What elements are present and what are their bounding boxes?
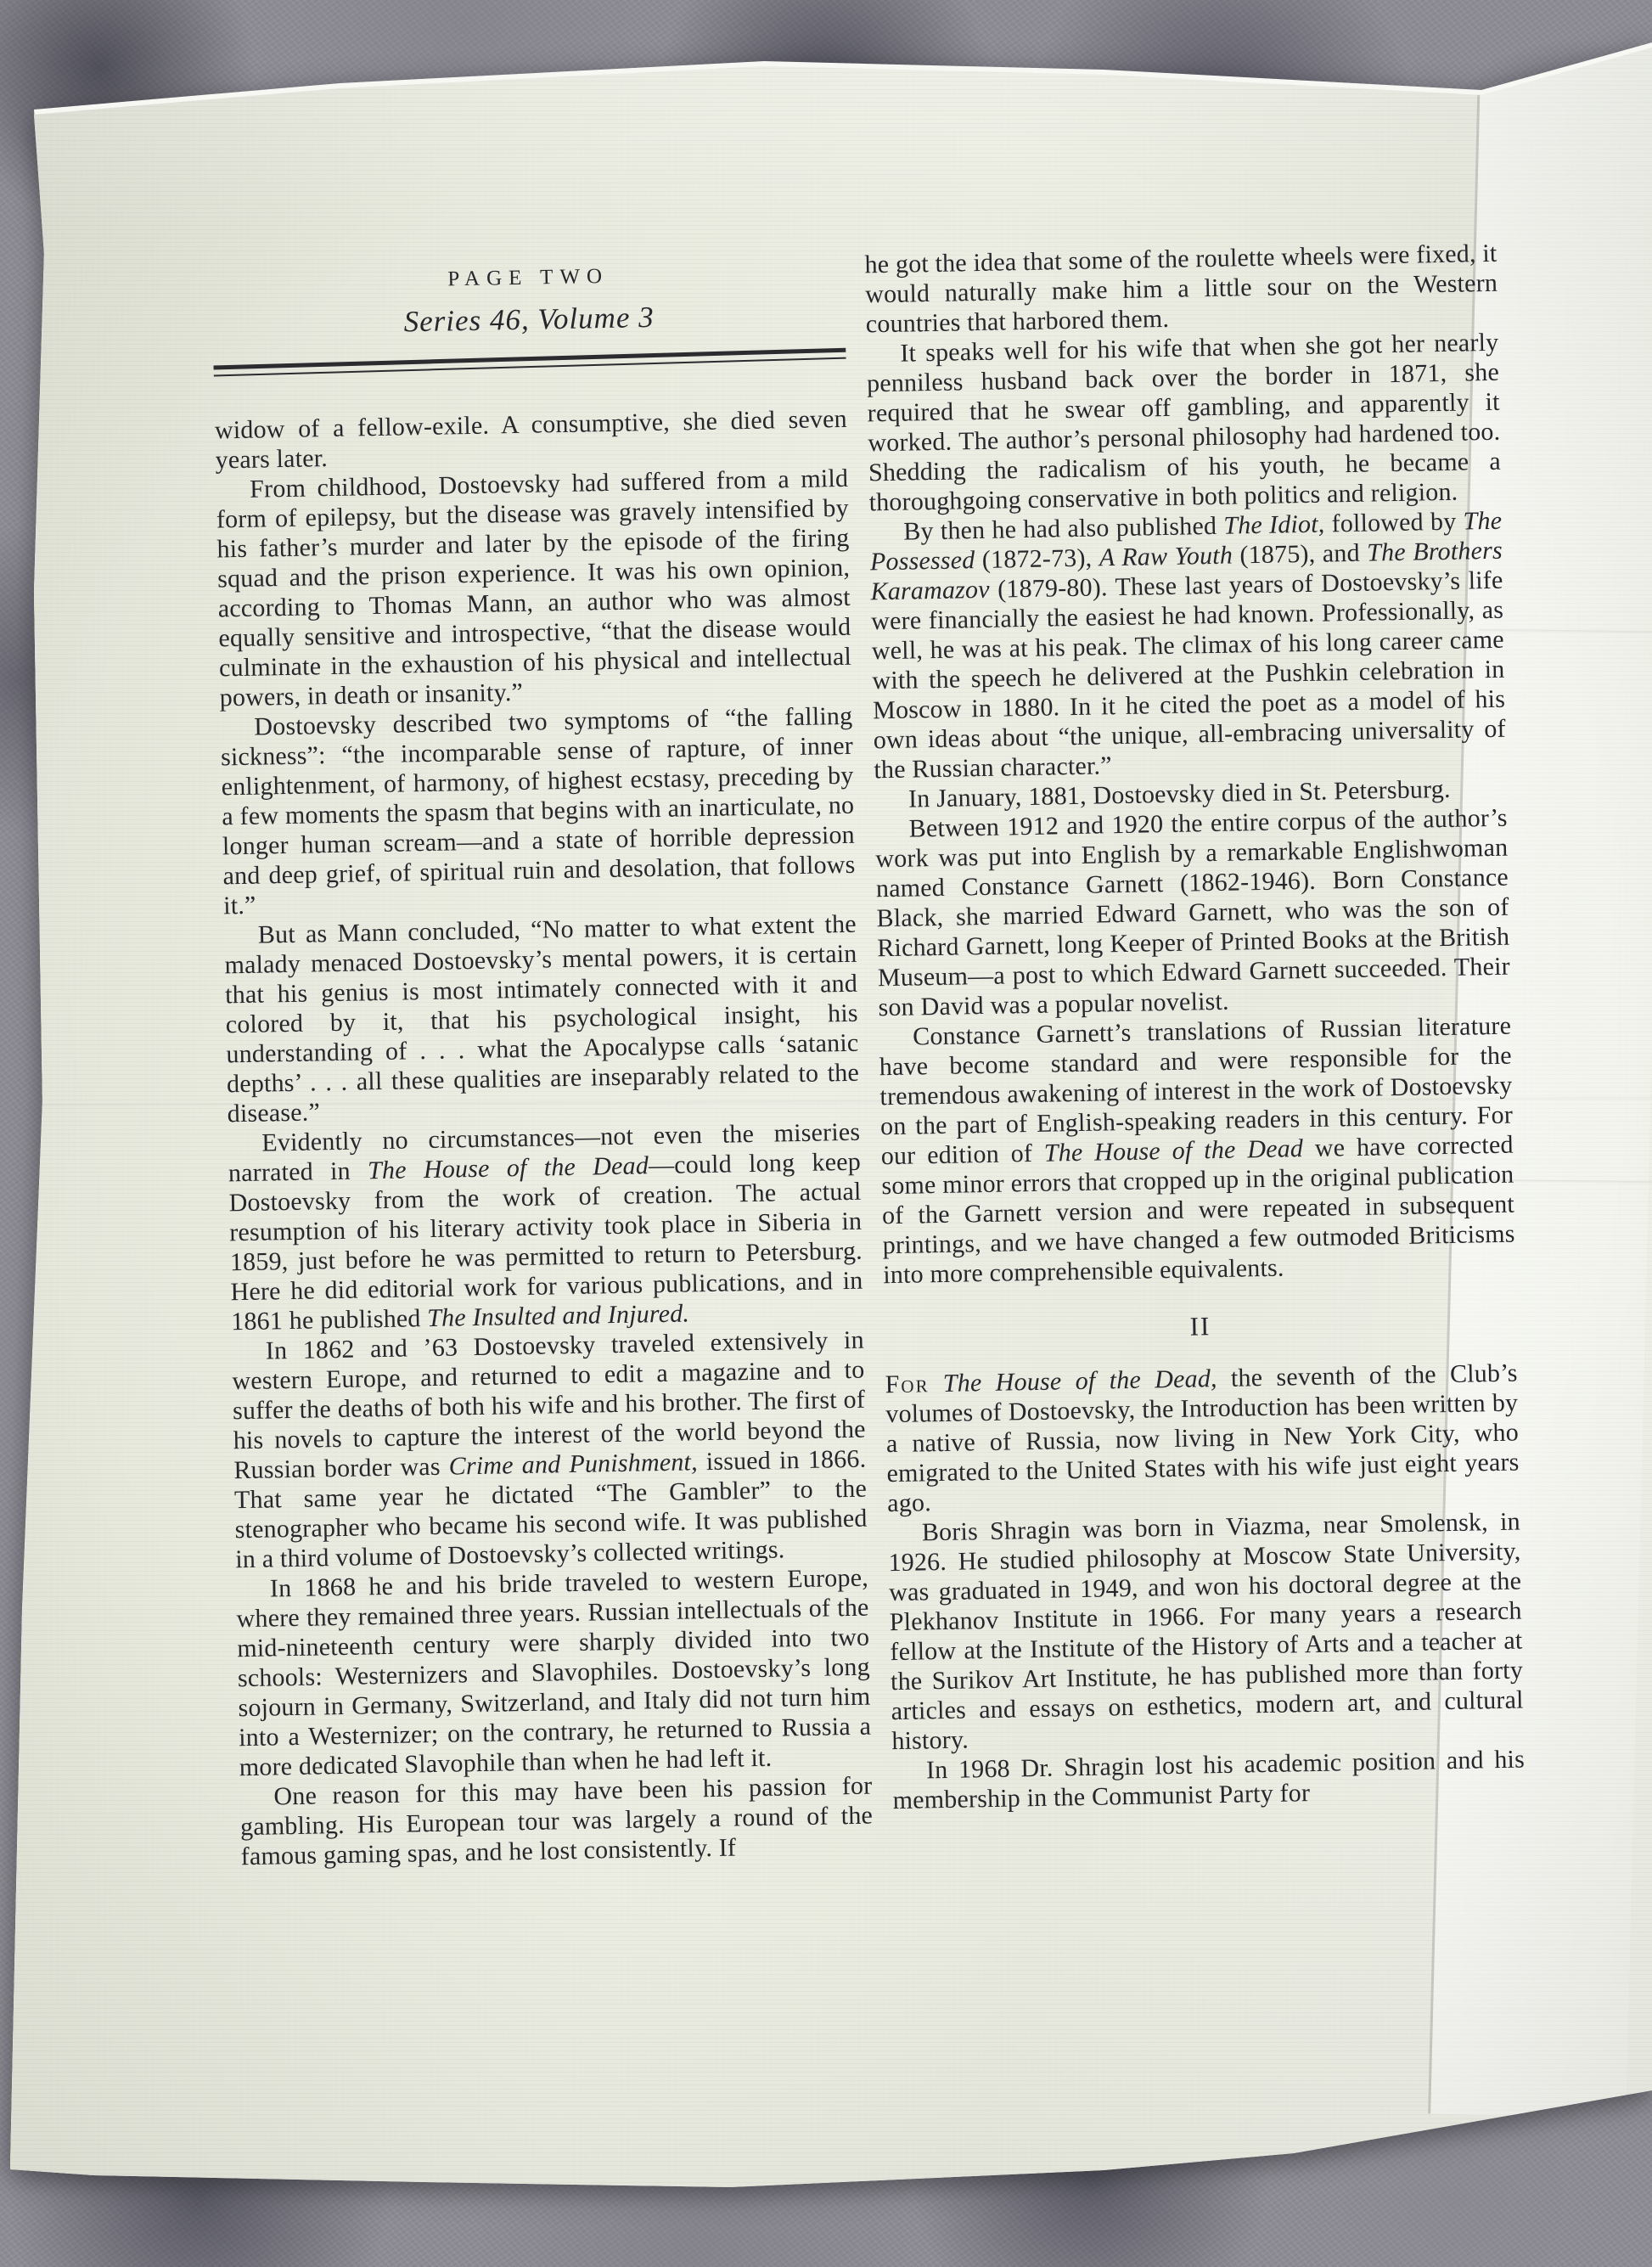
paragraph: It speaks well for his wife that when sh…	[866, 328, 1502, 518]
paragraph: Evidently no circumstances—not even the …	[228, 1117, 863, 1337]
typeset-area: PAGE TWO Series 46, Volume 3 widow of a …	[211, 239, 1526, 1871]
paragraph: Between 1912 and 1920 the entire corpus …	[874, 803, 1510, 1023]
newsletter-sheet-wrap: PAGE TWO Series 46, Volume 3 widow of a …	[0, 0, 1652, 2267]
section-heading: II	[884, 1306, 1517, 1348]
paragraph: Dostoevsky described two symptoms of “th…	[220, 701, 856, 921]
paragraph: he got the idea that some of the roulett…	[864, 239, 1498, 340]
page-number-label: PAGE TWO	[211, 250, 845, 296]
paragraph: From childhood, Dostoevsky had suffered …	[216, 464, 852, 713]
newsletter-page: PAGE TWO Series 46, Volume 3 widow of a …	[0, 0, 1652, 2267]
paragraph: In 1862 and ’63 Dostoevsky traveled exte…	[232, 1325, 868, 1575]
paragraph: But as Mann concluded, “No matter to wha…	[224, 909, 860, 1129]
issue-label: Series 46, Volume 3	[212, 297, 846, 343]
double-rule	[214, 348, 846, 377]
paragraph: In 1868 he and his bride traveled to wes…	[236, 1563, 872, 1783]
paragraph: For The House of the Dead, the seventh o…	[885, 1359, 1520, 1519]
paragraph: One reason for this may have been his pa…	[239, 1771, 874, 1872]
paragraph: Constance Garnett’s translations of Russ…	[879, 1011, 1516, 1291]
paragraph: By then he had also published The Idiot,…	[869, 506, 1507, 785]
left-column: PAGE TWO Series 46, Volume 3 widow of a …	[211, 250, 874, 1871]
photo-scene: PAGE TWO Series 46, Volume 3 widow of a …	[0, 0, 1652, 2267]
paragraph: In 1968 Dr. Shragin lost his academic po…	[892, 1744, 1526, 1815]
right-column: he got the idea that some of the roulett…	[864, 239, 1526, 1859]
masthead: PAGE TWO Series 46, Volume 3	[211, 250, 846, 377]
paragraph: Boris Shragin was born in Viazma, near S…	[888, 1507, 1525, 1757]
